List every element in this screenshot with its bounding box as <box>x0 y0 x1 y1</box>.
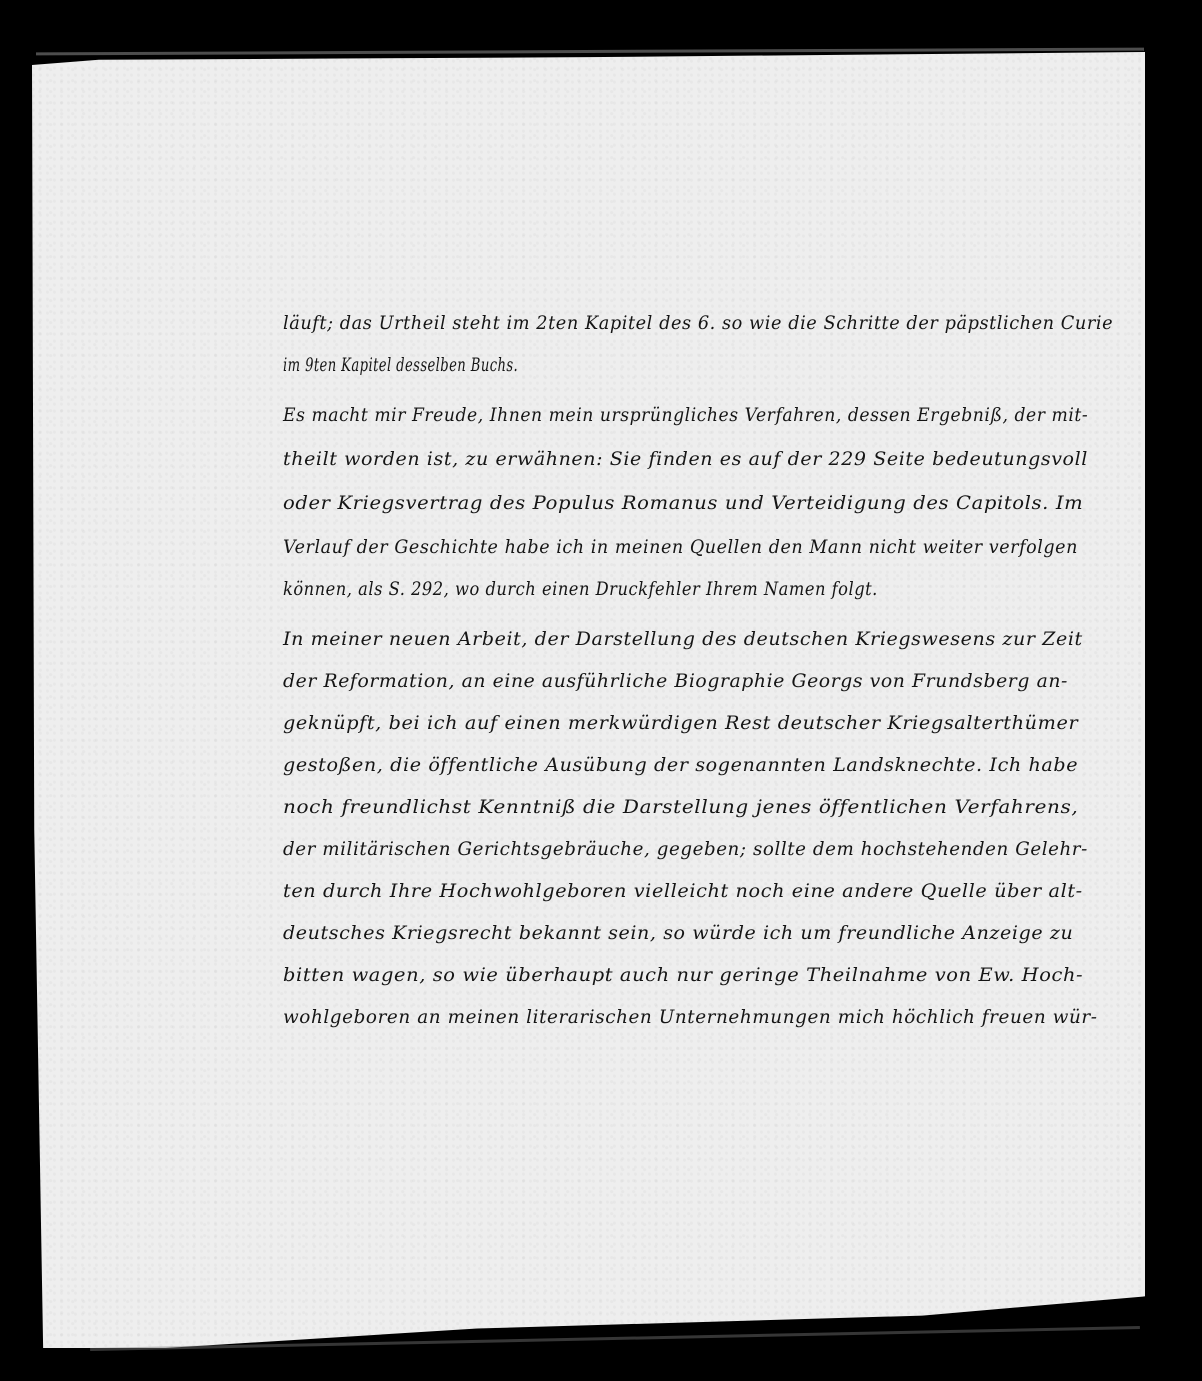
text-line: der Reformation, an eine ausführliche Bi… <box>283 670 1068 692</box>
text-line: deutsches Kriegsrecht bekannt sein, so w… <box>283 922 1073 944</box>
text-line: geknüpft, bei ich auf einen merkwürdigen… <box>283 712 1078 734</box>
paper-sheet <box>32 52 1145 1348</box>
text-line: Es macht mir Freude, Ihnen mein ursprüng… <box>283 404 1088 426</box>
text-line: theilt worden ist, zu erwähnen: Sie find… <box>283 448 1088 470</box>
text-line: Verlauf der Geschichte habe ich in meine… <box>283 536 1078 558</box>
text-line: wohlgeboren an meinen literarischen Unte… <box>283 1006 1098 1028</box>
text-line: können, als S. 292, wo durch einen Druck… <box>283 578 878 600</box>
text-line: ten durch Ihre Hochwohlgeboren vielleich… <box>283 880 1083 902</box>
text-line: oder Kriegsvertrag des Populus Romanus u… <box>283 492 1083 514</box>
text-line: im 9ten Kapitel desselben Buchs. <box>283 354 518 376</box>
text-line: läuft; das Urtheil steht im 2ten Kapitel… <box>283 312 1113 334</box>
text-line: bitten wagen, so wie überhaupt auch nur … <box>283 964 1083 986</box>
text-line: gestoßen, die öffentliche Ausübung der s… <box>283 754 1078 776</box>
text-line: der militärischen Gerichtsgebräuche, geg… <box>283 838 1088 860</box>
text-line: noch freundlichst Kenntniß die Darstellu… <box>283 796 1078 818</box>
text-line: In meiner neuen Arbeit, der Darstellung … <box>283 628 1083 650</box>
